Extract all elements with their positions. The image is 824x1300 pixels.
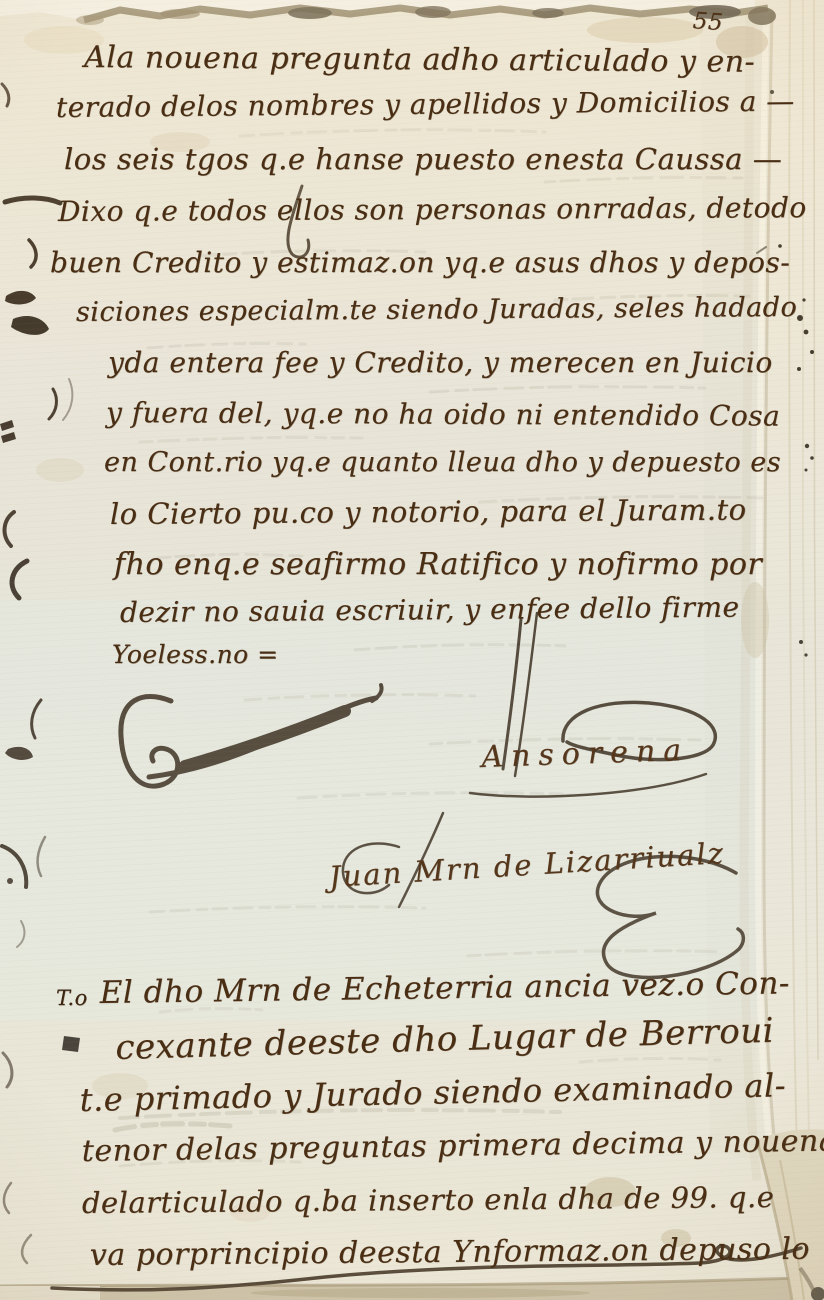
manuscript-scan: 55 Ala nouena pregunta adho articulado y… — [0, 0, 824, 1300]
testimony-line-4: Dixo q.e todos ellos son personas onrrad… — [58, 191, 807, 228]
second-testimony-line-5: delarticulado q.ba inserto enla dha de 9… — [82, 1180, 775, 1220]
second-testimony-line-6: va porprincipio deesta Ynformaz.on depus… — [90, 1232, 810, 1273]
testimony-line-1: Ala nouena pregunta adho articulado y en… — [84, 40, 755, 80]
testimony-line-8: y fuera del, yq.e no ha oido ni entendid… — [106, 396, 780, 433]
testimony-line-9: en Cont.rio yq.e quanto lleua dho y depu… — [104, 447, 781, 478]
testimony-line-13: Yoeless.no = — [112, 640, 279, 669]
witness-margin-label: T.o — [56, 986, 88, 1010]
testimony-line-10: lo Cierto pu.co y notorio, para el Juram… — [110, 493, 747, 531]
testimony-line-5: buen Credito y estimaz.on yq.e asus dhos… — [50, 246, 790, 279]
testimony-line-12: dezir no sauia escriuir, y enfee dello f… — [120, 591, 740, 629]
testimony-line-6: siciones especialm.te siendo Juradas, se… — [76, 292, 798, 328]
testimony-line-11: fho enq.e seafirmo Ratifico y nofirmo po… — [114, 547, 762, 582]
folio-number: 55 — [692, 8, 724, 36]
testimony-line-2: terado delos nombres y apellidos y Domic… — [56, 85, 795, 124]
testimony-line-7: yda entera fee y Credito, y merecen en J… — [108, 346, 773, 379]
signature-ansorena: Ansorena — [481, 733, 690, 775]
testimony-line-3: los seis tgos q.e hanse puesto enesta Ca… — [64, 142, 782, 176]
